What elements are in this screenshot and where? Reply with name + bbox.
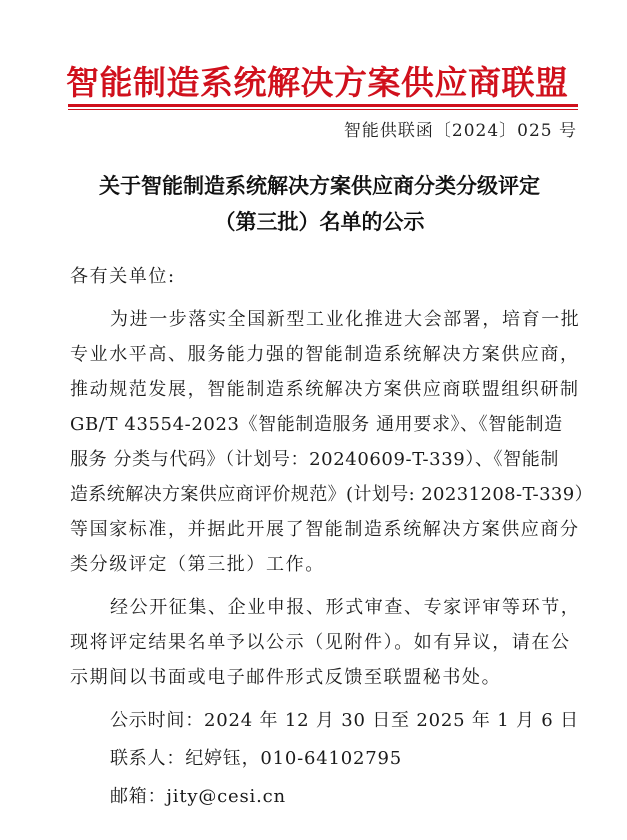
notice-title-line2: （第三批）名单的公示 [6,204,627,239]
notice-title-line1: 关于智能制造系统解决方案供应商分类分级评定 [6,168,627,203]
header-red-rule-thin [68,109,578,110]
paragraph1-line: 等国家标准，并据此开展了智能制造系统解决方案供应商分 [70,512,580,547]
paragraph1-line: GB/T 43554-2023《智能制造服务 通用要求》、《智能制造 [70,407,580,442]
paragraph1-line: 为进一步落实全国新型工业化推进大会部署，培育一批 [110,302,620,337]
document-number: 智能供联函〔2024〕025 号 [344,120,577,142]
paragraph1-line: 专业水平高、服务能力强的智能制造系统解决方案供应商， [70,337,580,372]
paragraph1-line: 类分级评定（第三批）工作。 [70,547,580,582]
org-name-header: 智能制造系统解决方案供应商联盟 [66,64,580,102]
paragraph1-line: 造系统解决方案供应商评价规范》(计划号: 20231208-T-339） [70,477,580,512]
paragraph2-line: 经公开征集、企业申报、形式审查、专家评审等环节， [110,590,620,625]
salutation: 各有关单位: [70,259,580,294]
publicity-period: 公示时间：2024 年 12 月 30 日至 2025 年 1 月 6 日 [110,703,620,738]
paragraph1-line: 服务 分类与代码》（计划号：20240609-T-339）、《智能制 [70,442,580,477]
contact-person: 联系人：纪婷钰，010-64102795 [110,741,620,776]
paragraph2-line: 现将评定结果名单予以公示（见附件）。如有异议，请在公 [70,625,580,660]
paragraph2-line: 示期间以书面或电子邮件形式反馈至联盟秘书处。 [70,660,580,695]
contact-email[interactable]: 邮箱：jity@cesi.cn [110,779,620,814]
document-page: 智能制造系统解决方案供应商联盟 智能供联函〔2024〕025 号 关于智能制造系… [0,0,627,840]
header-red-rule-thick [68,104,578,107]
paragraph1-line: 推动规范发展，智能制造系统解决方案供应商联盟组织研制 [70,372,580,407]
